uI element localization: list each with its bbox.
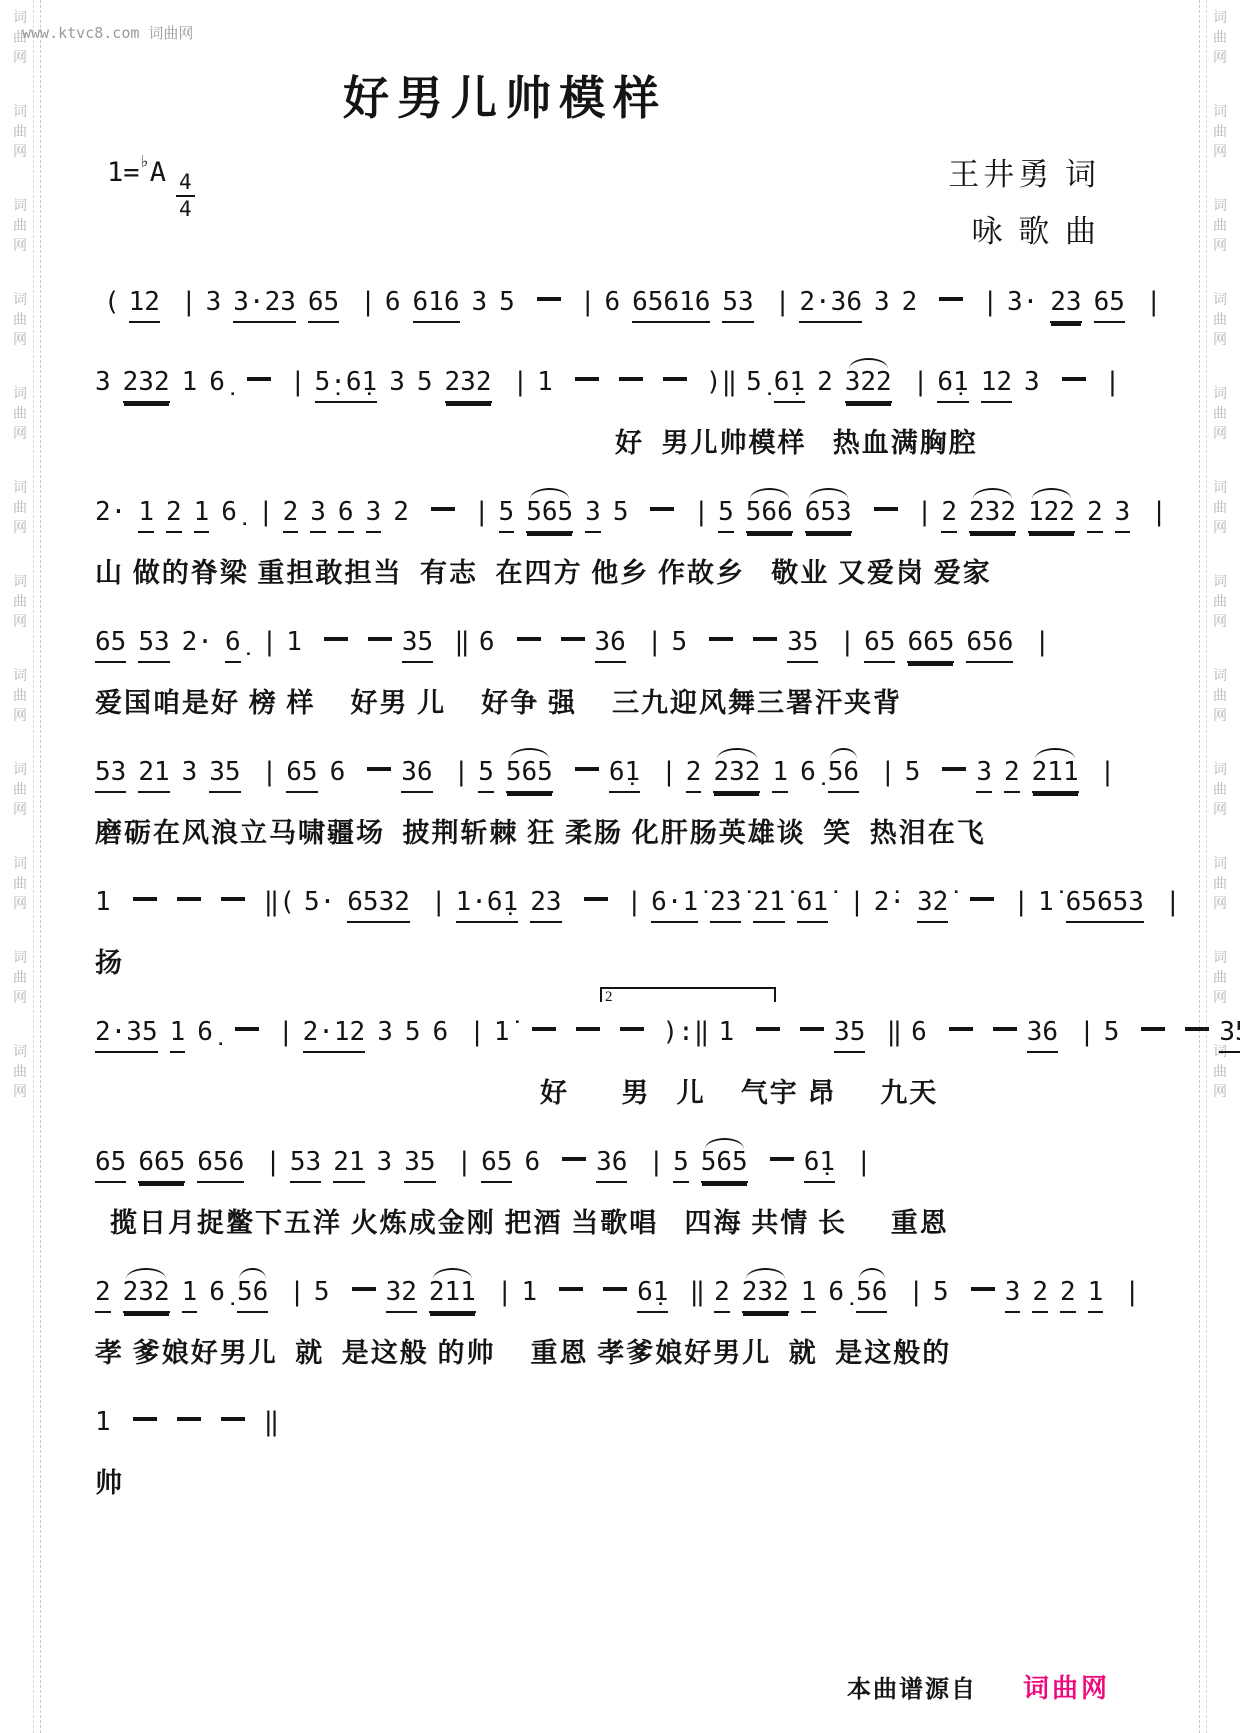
side-watermark-char: 网 xyxy=(1213,144,1227,164)
side-watermark-char: 曲 xyxy=(13,312,27,332)
note-token: 2 xyxy=(817,367,833,401)
note-token: 2· xyxy=(95,497,126,531)
footer-source-text: 本曲谱源自 xyxy=(847,1669,977,1704)
note-token: 23 xyxy=(530,887,561,923)
note-token xyxy=(800,1027,824,1031)
side-watermark-char: 词 xyxy=(13,574,27,594)
flat-sign: ♭ xyxy=(140,152,150,172)
note-token: | xyxy=(908,1277,924,1311)
side-watermark-char: 词 xyxy=(13,104,27,124)
note-token: 6̣ xyxy=(209,1277,225,1311)
note-token xyxy=(561,637,585,641)
note-token: ‖ xyxy=(454,627,470,661)
side-watermark-char: 曲 xyxy=(1213,688,1227,708)
note-token: 2̇· xyxy=(874,887,905,921)
note-token xyxy=(603,1287,627,1291)
side-watermark-char: 网 xyxy=(13,1084,27,1104)
lyrics-line: 帅 xyxy=(95,1461,1135,1503)
note-token: 2· xyxy=(182,627,213,661)
note-token: 232 xyxy=(445,367,492,403)
note-token: 1̇ xyxy=(1038,887,1054,921)
note-token xyxy=(352,1287,376,1291)
note-token: | xyxy=(1146,287,1162,321)
side-watermark-char: 网 xyxy=(13,426,27,446)
note-token: 6 xyxy=(911,1017,927,1051)
note-token: | xyxy=(856,1147,872,1181)
notation-line: 2·1216̣|23632|556535|5566653|223212223| xyxy=(95,497,1135,543)
side-watermark-char: 曲 xyxy=(1213,30,1227,50)
note-token: 211 xyxy=(1032,757,1079,793)
note-token: ):‖ xyxy=(663,1017,710,1051)
side-watermark-char: 词 xyxy=(1213,856,1227,876)
side-watermark-char: 曲 xyxy=(1213,1064,1227,1084)
side-watermark-char: 词 xyxy=(13,480,27,500)
side-watermark-char: 词 xyxy=(13,950,27,970)
note-token: 36 xyxy=(401,757,432,793)
side-watermark-char: 词 xyxy=(1213,574,1227,594)
note-token: ‖ xyxy=(264,1407,280,1441)
note-token: 65 xyxy=(95,1147,126,1183)
note-token: 3·23 xyxy=(233,287,296,323)
note-token: 322 xyxy=(845,367,892,403)
note-token: | xyxy=(262,757,278,791)
key-prefix: 1= xyxy=(107,157,140,188)
note-token: 6̣1 xyxy=(774,367,805,403)
note-token: 6̣ xyxy=(800,757,816,791)
note-token: 665 xyxy=(138,1147,185,1183)
note-token xyxy=(431,507,455,511)
footer-brand-text: 词曲网 xyxy=(1023,1668,1110,1705)
side-watermark-char: 网 xyxy=(13,520,27,540)
lyrics-line: 好 男 儿 气宇 昂 九天 xyxy=(95,1071,1135,1113)
notation-line: 1‖(5·6532|1·6̣123|6·1̇2̇3̇2̇1̇61̇|2̇·3̇2… xyxy=(95,887,1135,933)
side-watermark-char: 词 xyxy=(1213,198,1227,218)
side-watermark-char: 词 xyxy=(1213,104,1227,124)
system: 5321335|65636|55656̣1|223216̣56|532211|磨… xyxy=(95,757,1135,853)
note-token: 232 xyxy=(969,497,1016,533)
note-token xyxy=(663,377,687,381)
note-token: | xyxy=(917,497,933,531)
side-watermark-char: 曲 xyxy=(1213,876,1227,896)
note-token: ‖( xyxy=(264,887,295,921)
note-token: 6 xyxy=(385,287,401,321)
side-watermark-char: 曲 xyxy=(13,688,27,708)
side-watermark-char: 网 xyxy=(1213,426,1227,446)
side-watermark-char: 词 xyxy=(1213,480,1227,500)
note-token: 56 xyxy=(237,1277,268,1313)
lyricist-credit: 王井勇 词 xyxy=(948,146,1100,203)
note-token: 1 xyxy=(801,1277,817,1313)
note-token: 53 xyxy=(138,627,169,663)
side-watermark-char: 词 xyxy=(1213,292,1227,312)
note-token: 12 xyxy=(129,287,160,323)
note-token: | xyxy=(913,367,929,401)
side-watermark-char: 曲 xyxy=(1213,124,1227,144)
note-token: 5 xyxy=(405,1017,421,1051)
note-token: 232 xyxy=(742,1277,789,1313)
note-token: 5̣·6̣1 xyxy=(315,367,378,403)
note-token: 6̣1 xyxy=(637,1277,668,1313)
note-token: | xyxy=(474,497,490,531)
note-token: | xyxy=(258,497,274,531)
system: 1‖(5·6532|1·6̣123|6·1̇2̇3̇2̇1̇61̇|2̇·3̇2… xyxy=(95,887,1135,983)
note-token: 36 xyxy=(596,1147,627,1183)
note-token: 1 xyxy=(170,1017,186,1053)
side-watermark-char: 网 xyxy=(1213,238,1227,258)
note-token xyxy=(939,297,963,301)
note-token: 3̇2̇ xyxy=(917,887,948,923)
note-token: 1 xyxy=(95,1407,111,1441)
note-token: 3 xyxy=(1024,367,1040,401)
note-token: 5 xyxy=(672,627,688,661)
note-token: 3 xyxy=(1115,497,1131,533)
note-token: 1̇ xyxy=(494,1017,510,1051)
note-token: 6̣ xyxy=(209,367,225,401)
side-watermark-char: 曲 xyxy=(1213,312,1227,332)
note-token: 56 xyxy=(828,757,859,793)
note-token xyxy=(709,637,733,641)
note-token: 65 xyxy=(864,627,895,663)
note-token: | xyxy=(290,367,306,401)
note-token: 3· xyxy=(1007,287,1038,321)
note-token xyxy=(575,377,599,381)
note-token xyxy=(1141,1027,1165,1031)
note-token: 2 xyxy=(902,287,918,321)
notation-line: 65532·6̣|135‖636|535|65665656| xyxy=(95,627,1135,673)
left-watermark-column: 词曲网词曲网词曲网词曲网词曲网词曲网词曲网词曲网词曲网词曲网词曲网词曲网 xyxy=(0,0,41,1733)
side-watermark-char: 网 xyxy=(1213,708,1227,728)
note-token: | xyxy=(839,627,855,661)
note-token xyxy=(970,897,994,901)
note-token: 2 xyxy=(714,1277,730,1313)
note-token: 53 xyxy=(722,287,753,323)
lyrics-line: 揽日月捉鳖下五洋 火炼成金刚 把酒 当歌唱 四海 共情 长 重恩 xyxy=(95,1201,1135,1243)
note-token xyxy=(650,507,674,511)
system: 2·1216̣|23632|556535|5566653|223212223|山… xyxy=(95,497,1135,593)
side-watermark-char: 网 xyxy=(13,708,27,728)
note-token xyxy=(559,1287,583,1291)
system: 65532·6̣|135‖636|535|65665656|爱国咱是好 榜 样 … xyxy=(95,627,1135,723)
side-watermark-char: 词 xyxy=(1213,386,1227,406)
note-token: | xyxy=(1151,497,1167,531)
time-signature: 44 xyxy=(176,172,195,220)
note-token: | xyxy=(1124,1277,1140,1311)
note-token: )‖ xyxy=(706,367,737,401)
key-tonic: A xyxy=(150,157,166,188)
side-watermark-char: 词 xyxy=(1213,950,1227,970)
note-token: | xyxy=(775,287,791,321)
note-token: 6·1̇ xyxy=(651,887,698,923)
side-watermark-char: 网 xyxy=(1213,990,1227,1010)
side-watermark-char: 网 xyxy=(13,802,27,822)
lyrics-line: 孝 爹娘好男儿 就 是这般 的帅 重恩 孝爹娘好男儿 就 是这般的 xyxy=(95,1331,1135,1373)
note-token: 65 xyxy=(95,627,126,663)
notation-line: 2·3516̣|2·12356|1̇):‖135‖636|535|2 xyxy=(95,1017,1135,1063)
note-token: 36 xyxy=(1027,1017,1058,1053)
lyrics-line: 好 男儿帅模样 热血满胸腔 xyxy=(95,421,1135,463)
side-watermark-char: 网 xyxy=(13,50,27,70)
note-token: 3 xyxy=(389,367,405,401)
note-token: 232 xyxy=(123,1277,170,1313)
note-token: 6̣1 xyxy=(804,1147,835,1183)
side-watermark-char: 词 xyxy=(13,762,27,782)
side-watermark-char: 词 xyxy=(13,386,27,406)
note-token xyxy=(993,1027,1017,1031)
lyrics-line: 山 做的脊梁 重担敢担当 有志 在四方 他乡 作故乡 敬业 又爱岗 爱家 xyxy=(95,551,1135,593)
score-sheet: 好男儿帅模样 1=♭A44 王井勇 词 咏 歌 曲 (12|33·2365|66… xyxy=(95,0,1135,1537)
volta-label: 2 xyxy=(605,989,613,1005)
note-token: 3 xyxy=(377,1017,393,1051)
system: 1‖帅 xyxy=(95,1407,1135,1503)
note-token: | xyxy=(849,887,865,921)
note-token: | xyxy=(497,1277,513,1311)
note-token xyxy=(177,1417,201,1421)
note-token: 565 xyxy=(506,757,553,793)
note-token: 2 xyxy=(941,497,957,533)
note-token: 211 xyxy=(429,1277,476,1313)
note-token: 2 xyxy=(393,497,409,531)
note-token: 2 xyxy=(95,1277,111,1313)
note-token xyxy=(221,1417,245,1421)
note-token: 565 xyxy=(526,497,573,533)
note-token: 35 xyxy=(404,1147,435,1183)
note-token: | xyxy=(1034,627,1050,661)
note-token: 6̣ xyxy=(225,627,241,663)
side-watermark-char: 曲 xyxy=(13,124,27,144)
note-token: 2·36 xyxy=(799,287,862,323)
note-token xyxy=(367,767,391,771)
side-watermark-char: 曲 xyxy=(13,500,27,520)
note-token: 6̣ xyxy=(221,497,237,531)
note-token: 2 xyxy=(283,497,299,533)
note-token xyxy=(584,897,608,901)
note-token: 566 xyxy=(746,497,793,533)
note-token: 1 xyxy=(772,757,788,793)
note-token xyxy=(368,637,392,641)
note-token: 2 xyxy=(166,497,182,533)
note-token: 35 xyxy=(209,757,240,793)
side-watermark-char: 词 xyxy=(1213,668,1227,688)
side-watermark-char: 词 xyxy=(13,668,27,688)
note-token: 12 xyxy=(981,367,1012,403)
note-token: 1 xyxy=(182,1277,198,1313)
note-token: | xyxy=(627,887,643,921)
note-token: 35 xyxy=(787,627,818,663)
credits: 王井勇 词 咏 歌 曲 xyxy=(948,146,1100,261)
note-token: | xyxy=(513,367,529,401)
note-token xyxy=(576,1027,600,1031)
note-token: ‖ xyxy=(689,1277,705,1311)
side-watermark-char: 网 xyxy=(1213,614,1227,634)
note-token xyxy=(575,767,599,771)
side-watermark-char: 网 xyxy=(13,614,27,634)
lyrics-line: 磨砺在风浪立马啸疆场 披荆斩棘 狂 柔肠 化肝肠英雄谈 笑 热泪在飞 xyxy=(95,811,1135,853)
note-token: 6561̇6 xyxy=(632,287,710,323)
note-token: | xyxy=(360,287,376,321)
note-token: 1 xyxy=(194,497,210,533)
note-token: 21 xyxy=(138,757,169,793)
notation-line: 223216̣56|532211|16̣1‖223216̣56|53221| xyxy=(95,1277,1135,1323)
note-token: | xyxy=(1079,1017,1095,1051)
note-token: 61̇ xyxy=(797,887,828,923)
note-token xyxy=(247,377,271,381)
note-token xyxy=(942,767,966,771)
note-token: | xyxy=(289,1277,305,1311)
note-token xyxy=(753,637,777,641)
note-token: 122 xyxy=(1028,497,1075,533)
note-token: 665 xyxy=(907,627,954,663)
note-token: | xyxy=(580,287,596,321)
note-token: | xyxy=(880,757,896,791)
side-watermark-char: 网 xyxy=(1213,896,1227,916)
note-token: 65 xyxy=(481,1147,512,1183)
note-token: 5 xyxy=(499,287,515,321)
note-token: 56 xyxy=(856,1277,887,1313)
system: 323216̣|5̣·6̣135232|1)‖5̣6̣12322|6̣1123|… xyxy=(95,367,1135,463)
note-token xyxy=(517,637,541,641)
meter-numerator: 4 xyxy=(176,172,195,197)
note-token: 65 xyxy=(308,287,339,323)
note-token: 6̣1 xyxy=(937,367,968,403)
note-token: | xyxy=(469,1017,485,1051)
side-watermark-char: 曲 xyxy=(13,218,27,238)
side-watermark-char: 曲 xyxy=(1213,970,1227,990)
note-token: | xyxy=(181,287,197,321)
note-token: 36 xyxy=(595,627,626,663)
note-token xyxy=(756,1027,780,1031)
note-token: 2̇3̇ xyxy=(710,887,741,923)
side-watermark-char: 曲 xyxy=(1213,406,1227,426)
system: (12|33·2365|661̇635|66561̇653|2·3632|3·2… xyxy=(95,287,1135,333)
footer: 本曲谱源自 词曲网 xyxy=(847,1668,1110,1705)
note-token xyxy=(619,377,643,381)
side-watermark-char: 词 xyxy=(13,1044,27,1064)
note-token: 61̇6 xyxy=(413,287,460,323)
note-token: 65 xyxy=(286,757,317,793)
note-token: 6532 xyxy=(347,887,410,923)
note-token: 3 xyxy=(874,287,890,321)
notation-line: 323216̣|5̣·6̣135232|1)‖5̣6̣12322|6̣1123| xyxy=(95,367,1135,413)
note-token xyxy=(971,1287,995,1291)
note-token: 6 xyxy=(338,497,354,533)
note-token: | xyxy=(454,757,470,791)
note-token: 653 xyxy=(805,497,852,533)
note-token: 53 xyxy=(95,757,126,793)
side-watermark-char: 词 xyxy=(13,856,27,876)
note-token: 6 xyxy=(330,757,346,791)
note-token: 3 xyxy=(1005,1277,1021,1313)
note-token: 5 xyxy=(478,757,494,793)
note-token xyxy=(770,1157,794,1161)
note-token: 5 xyxy=(613,497,629,531)
note-token xyxy=(221,897,245,901)
note-token: 6̣ xyxy=(828,1277,844,1311)
note-token: 5 xyxy=(417,367,433,401)
note-token: | xyxy=(265,1147,281,1181)
note-token xyxy=(537,297,561,301)
note-token: 2·12 xyxy=(303,1017,366,1053)
note-token: 5 xyxy=(1104,1017,1120,1051)
note-token: 1 xyxy=(522,1277,538,1311)
note-token: | xyxy=(647,627,663,661)
note-token xyxy=(874,507,898,511)
notation-line: 65665656|5321335|65636|55656̣1| xyxy=(95,1147,1135,1193)
note-token: 5̣ xyxy=(746,367,762,401)
side-watermark-char: 曲 xyxy=(1213,500,1227,520)
note-token: 3 xyxy=(377,1147,393,1181)
note-token: 2 xyxy=(1004,757,1020,793)
note-token xyxy=(1062,377,1086,381)
side-watermark-char: 网 xyxy=(13,332,27,352)
note-token xyxy=(133,1417,157,1421)
note-token: | xyxy=(1105,367,1121,401)
note-token: 232 xyxy=(123,367,170,403)
note-token: 65 xyxy=(1094,287,1125,323)
side-watermark-char: 网 xyxy=(1213,520,1227,540)
note-token: | xyxy=(1100,757,1116,791)
note-token: 232 xyxy=(713,757,760,793)
note-token: 32 xyxy=(386,1277,417,1313)
note-token: 2·35 xyxy=(95,1017,158,1053)
side-watermark-char: 网 xyxy=(13,144,27,164)
side-watermark-char: 曲 xyxy=(13,406,27,426)
note-token xyxy=(620,1027,644,1031)
note-token: 2 xyxy=(686,757,702,793)
side-watermark-char: 曲 xyxy=(13,876,27,896)
key-and-meter: 1=♭A44 xyxy=(107,156,195,220)
note-token: 35 xyxy=(402,627,433,663)
note-token: 23 xyxy=(1050,287,1081,323)
side-watermark-char: 曲 xyxy=(1213,594,1227,614)
lyrics-line: 爱国咱是好 榜 样 好男 儿 好争 强 三九迎风舞三署汗夹背 xyxy=(95,681,1135,723)
side-watermark-char: 词 xyxy=(1213,10,1227,30)
note-token: 3 xyxy=(366,497,382,533)
note-token: | xyxy=(431,887,447,921)
note-token: 2̇1̇ xyxy=(753,887,784,923)
sheet-music-page: { "watermarks": { "top_left": "www.ktvc8… xyxy=(0,0,1240,1733)
side-watermark-char: 网 xyxy=(1213,332,1227,352)
note-token: 21 xyxy=(333,1147,364,1183)
note-token xyxy=(133,897,157,901)
side-watermark-char: 曲 xyxy=(13,782,27,802)
side-watermark-char: 词 xyxy=(13,198,27,218)
note-token: | xyxy=(661,757,677,791)
system: 65665656|5321335|65636|55656̣1|揽日月捉鳖下五洋 … xyxy=(95,1147,1135,1243)
note-token: 1 xyxy=(286,627,302,661)
note-token: 6 xyxy=(524,1147,540,1181)
composer-credit: 咏 歌 曲 xyxy=(948,203,1100,260)
note-token: 1·6̣1 xyxy=(456,887,519,923)
note-token: 3 xyxy=(95,367,111,401)
note-token: 3 xyxy=(585,497,601,533)
note-token: ‖ xyxy=(886,1017,902,1051)
note-token: 5 xyxy=(933,1277,949,1311)
note-token: 6 xyxy=(604,287,620,321)
note-token: 35 xyxy=(834,1017,865,1053)
note-token: 2 xyxy=(1087,497,1103,533)
note-token xyxy=(235,1027,259,1031)
note-token: 5 xyxy=(718,497,734,533)
note-token: 5· xyxy=(304,887,335,921)
right-watermark-column: 词曲网词曲网词曲网词曲网词曲网词曲网词曲网词曲网词曲网词曲网词曲网词曲网 xyxy=(1199,0,1240,1733)
system: 2·3516̣|2·12356|1̇):‖135‖636|535|2好 男 儿 … xyxy=(95,1017,1135,1113)
note-token: 3 xyxy=(472,287,488,321)
notation-line: 5321335|65636|55656̣1|223216̣56|532211| xyxy=(95,757,1135,803)
side-watermark-char: 网 xyxy=(1213,50,1227,70)
note-token: 65653 xyxy=(1066,887,1144,923)
note-token: 1 xyxy=(138,497,154,533)
side-watermark-char: 网 xyxy=(1213,1084,1227,1104)
